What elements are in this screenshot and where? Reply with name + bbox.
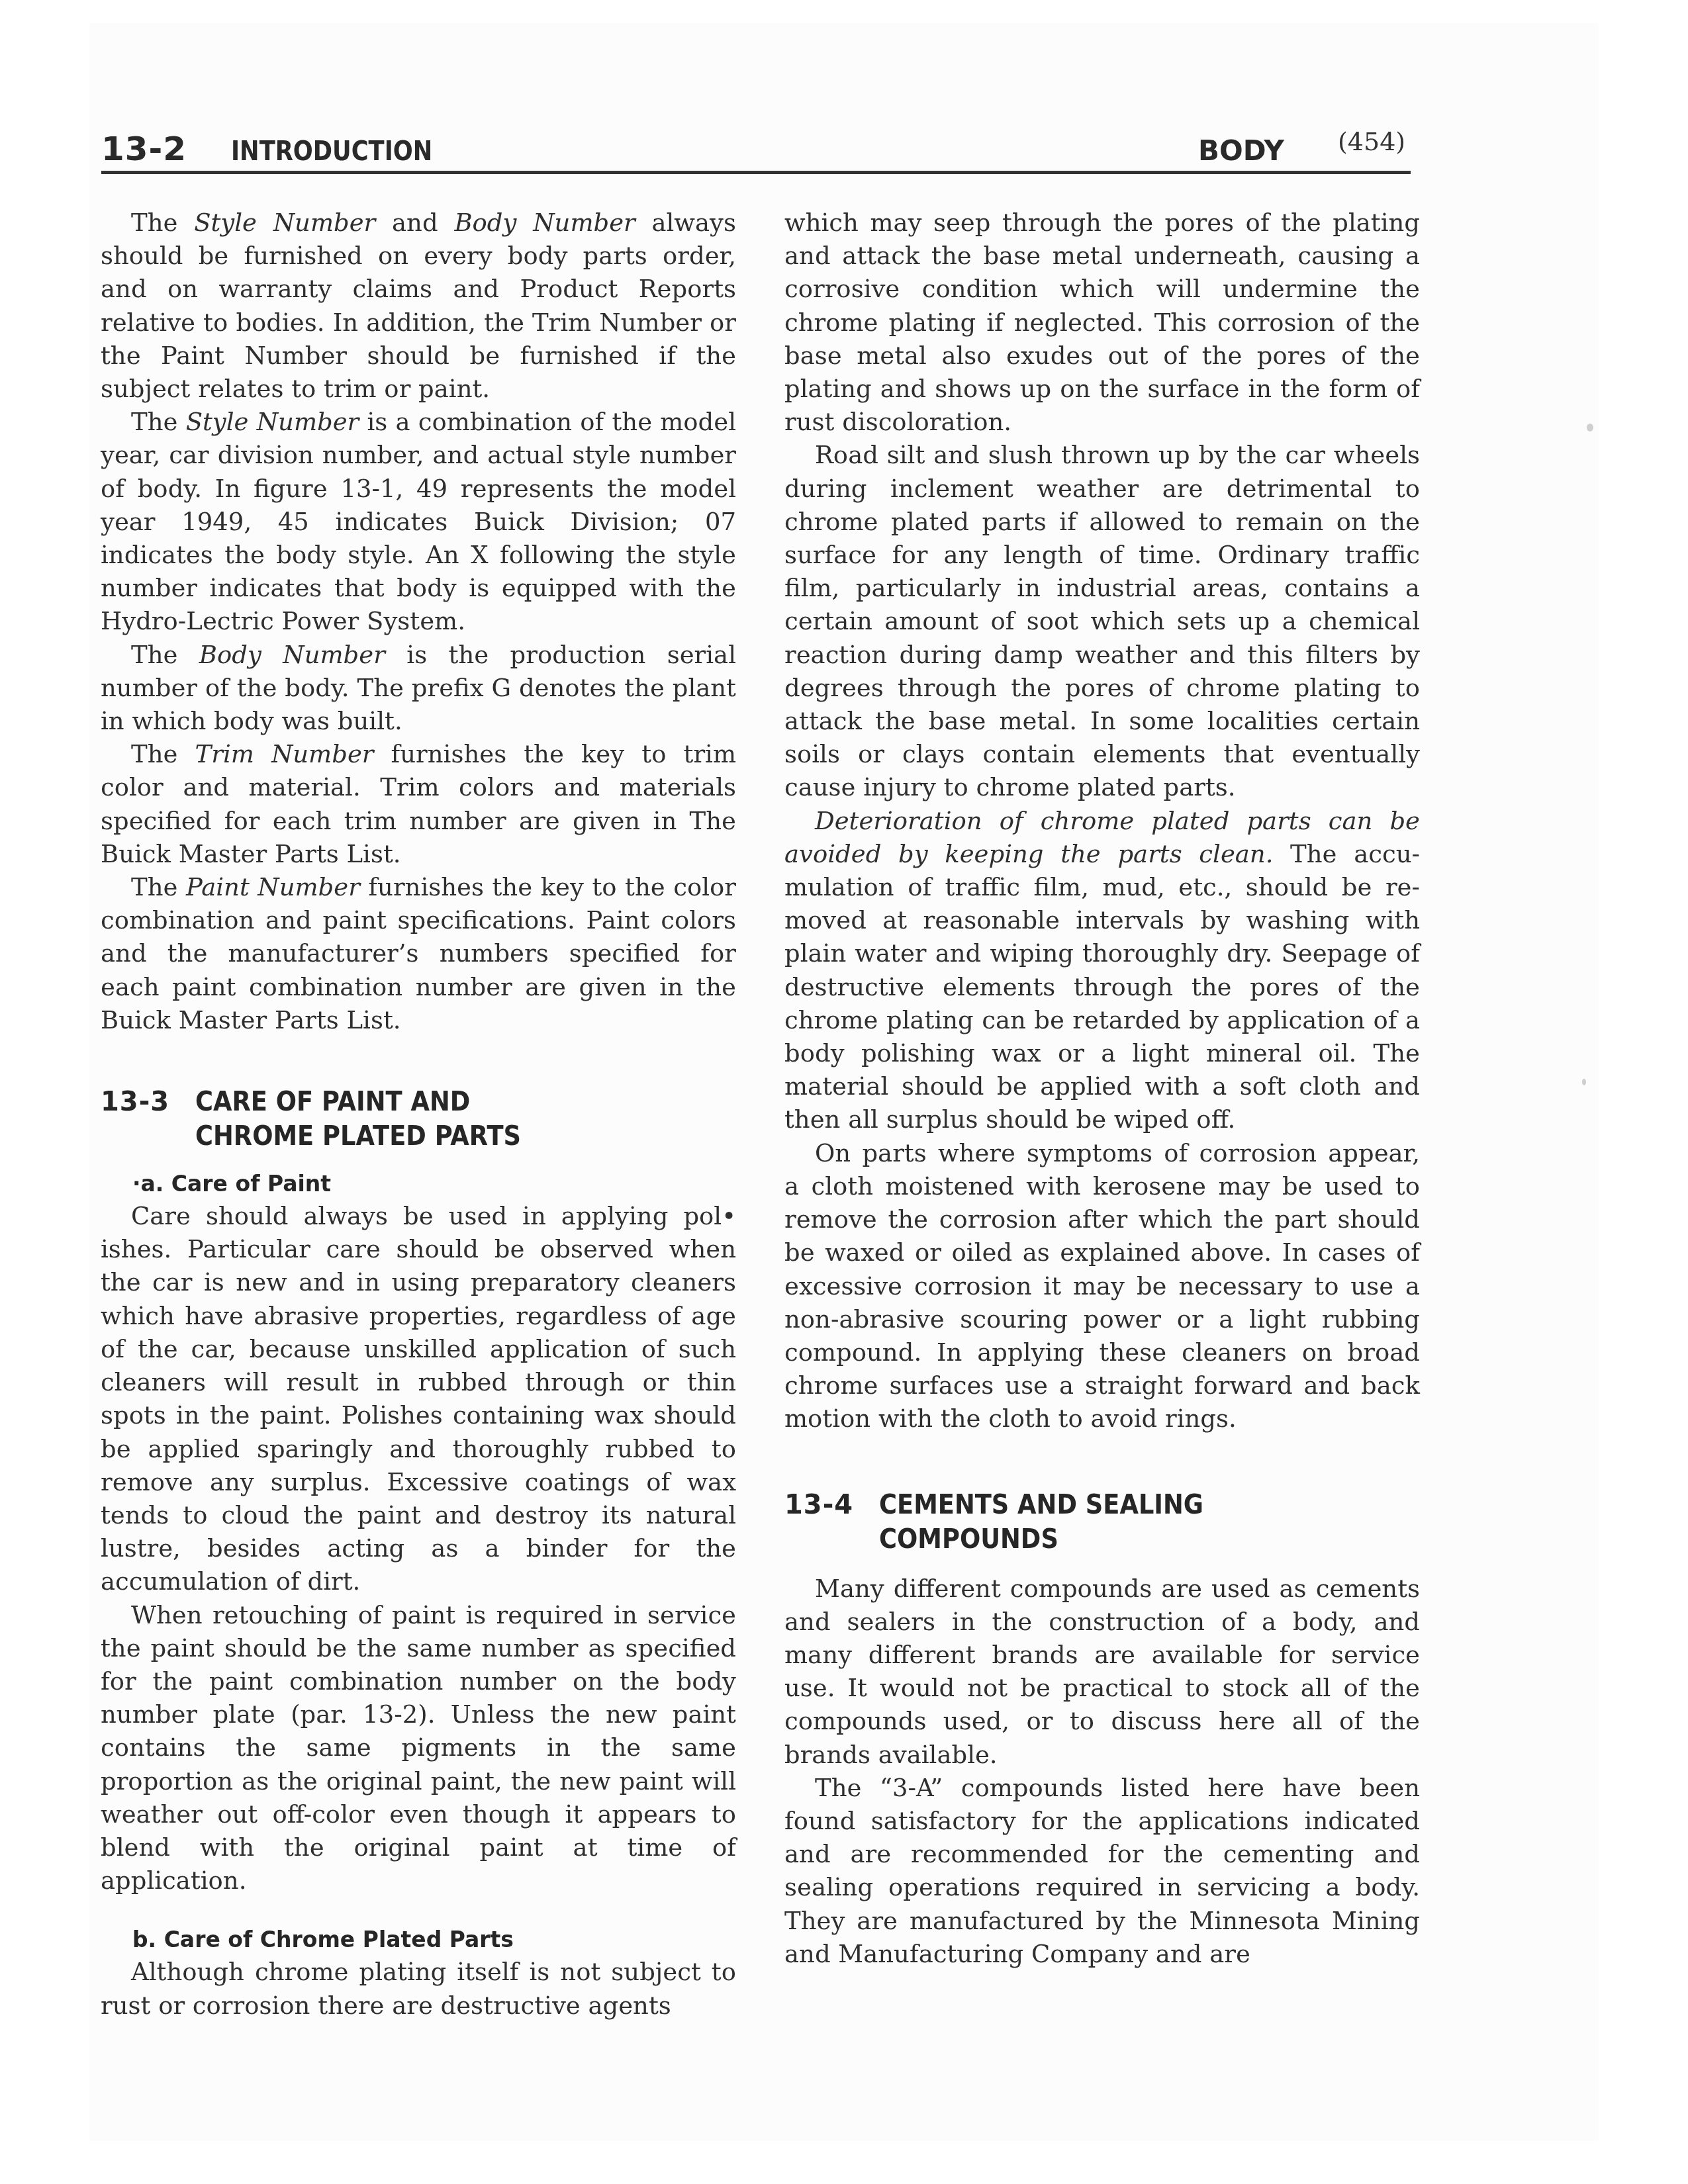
body-paragraph: which may seep through the pores of the … bbox=[784, 206, 1420, 439]
body-paragraph: Many different compounds are used as ce­… bbox=[784, 1572, 1420, 1772]
section-title-line-1: CEMENTS AND SEALING bbox=[879, 1490, 1203, 1520]
intro-paragraphs: The Style Number and Body Number always … bbox=[101, 206, 736, 1037]
section-number: 13-3 bbox=[101, 1085, 195, 1154]
emphasis-text: Body Number bbox=[454, 208, 635, 237]
spacer bbox=[101, 1897, 736, 1924]
section-title: CARE OF PAINT AND CHROME PLATED PARTS bbox=[195, 1085, 521, 1154]
body-paragraph: Care should always be used in applying p… bbox=[101, 1200, 736, 1598]
emphasis-text: Deterioration of chrome plated parts can… bbox=[784, 807, 1420, 868]
body-paragraph: The Trim Number furnishes the key to tri… bbox=[101, 738, 736, 871]
section-heading-13-3: 13-3 CARE OF PAINT AND CHROME PLATED PAR… bbox=[101, 1085, 736, 1154]
chrome-care-paragraphs: which may seep through the pores of the … bbox=[784, 206, 1420, 1436]
section-heading-13-4: 13-4 CEMENTS AND SEALING COMPOUNDS bbox=[784, 1488, 1420, 1557]
emphasis-text: Style Number bbox=[194, 208, 375, 237]
care-of-chrome-paragraph: Although chrome plating itself is not su… bbox=[101, 1956, 736, 2022]
body-paragraph: The Style Number and Body Number always … bbox=[101, 206, 736, 406]
body-paragraph: The “3-A” compounds listed here have bee… bbox=[784, 1772, 1420, 1971]
spacer bbox=[784, 1557, 1420, 1572]
left-column: The Style Number and Body Number always … bbox=[101, 206, 736, 2023]
cements-paragraphs: Many different compounds are used as ce­… bbox=[784, 1572, 1420, 1971]
spacer bbox=[101, 1154, 736, 1168]
body-paragraph: Deterioration of chrome plated parts can… bbox=[784, 805, 1420, 1137]
right-column: which may seep through the pores of the … bbox=[784, 206, 1420, 1971]
spacer bbox=[101, 1037, 736, 1085]
body-paragraph: Road silt and slush thrown up by the car… bbox=[784, 439, 1420, 804]
body-paragraph: The Style Number is a combination of the… bbox=[101, 406, 736, 638]
spacer bbox=[784, 1436, 1420, 1488]
emphasis-text: Trim Number bbox=[195, 740, 374, 768]
page-number: (454) bbox=[1338, 127, 1405, 156]
header-section-number: 13-2 bbox=[101, 130, 187, 168]
scan-speck bbox=[1587, 424, 1593, 432]
body-paragraph: The Paint Number furnishes the key to th… bbox=[101, 871, 736, 1037]
emphasis-text: Style Number bbox=[186, 408, 359, 436]
emphasis-text: Body Number bbox=[199, 641, 385, 669]
section-title-line-1: CARE OF PAINT AND bbox=[195, 1087, 470, 1117]
emphasis-text: Paint Number bbox=[186, 873, 360, 901]
page-header: 13-2 INTRODUCTION BODY (454) bbox=[101, 118, 1411, 174]
header-chapter-title: BODY bbox=[1198, 134, 1284, 167]
body-paragraph: The Body Number is the production serial… bbox=[101, 639, 736, 739]
section-title-line-2: COMPOUNDS bbox=[879, 1524, 1058, 1555]
section-title: CEMENTS AND SEALING COMPOUNDS bbox=[879, 1488, 1203, 1557]
header-section-title: INTRODUCTION bbox=[231, 135, 432, 167]
subheading-care-of-chrome: b. Care of Chrome Plated Parts bbox=[101, 1924, 736, 1956]
care-of-paint-paragraphs: Care should always be used in applying p… bbox=[101, 1200, 736, 1897]
body-paragraph: On parts where symptoms of corrosion app… bbox=[784, 1137, 1420, 1436]
scan-speck bbox=[1582, 1079, 1586, 1085]
section-number: 13-4 bbox=[784, 1488, 879, 1557]
body-paragraph: When retouching of paint is required in … bbox=[101, 1599, 736, 1898]
subheading-care-of-paint: ·a. Care of Paint bbox=[101, 1168, 736, 1200]
section-title-line-2: CHROME PLATED PARTS bbox=[195, 1121, 521, 1152]
body-paragraph: Although chrome plating itself is not su… bbox=[101, 1956, 736, 2022]
